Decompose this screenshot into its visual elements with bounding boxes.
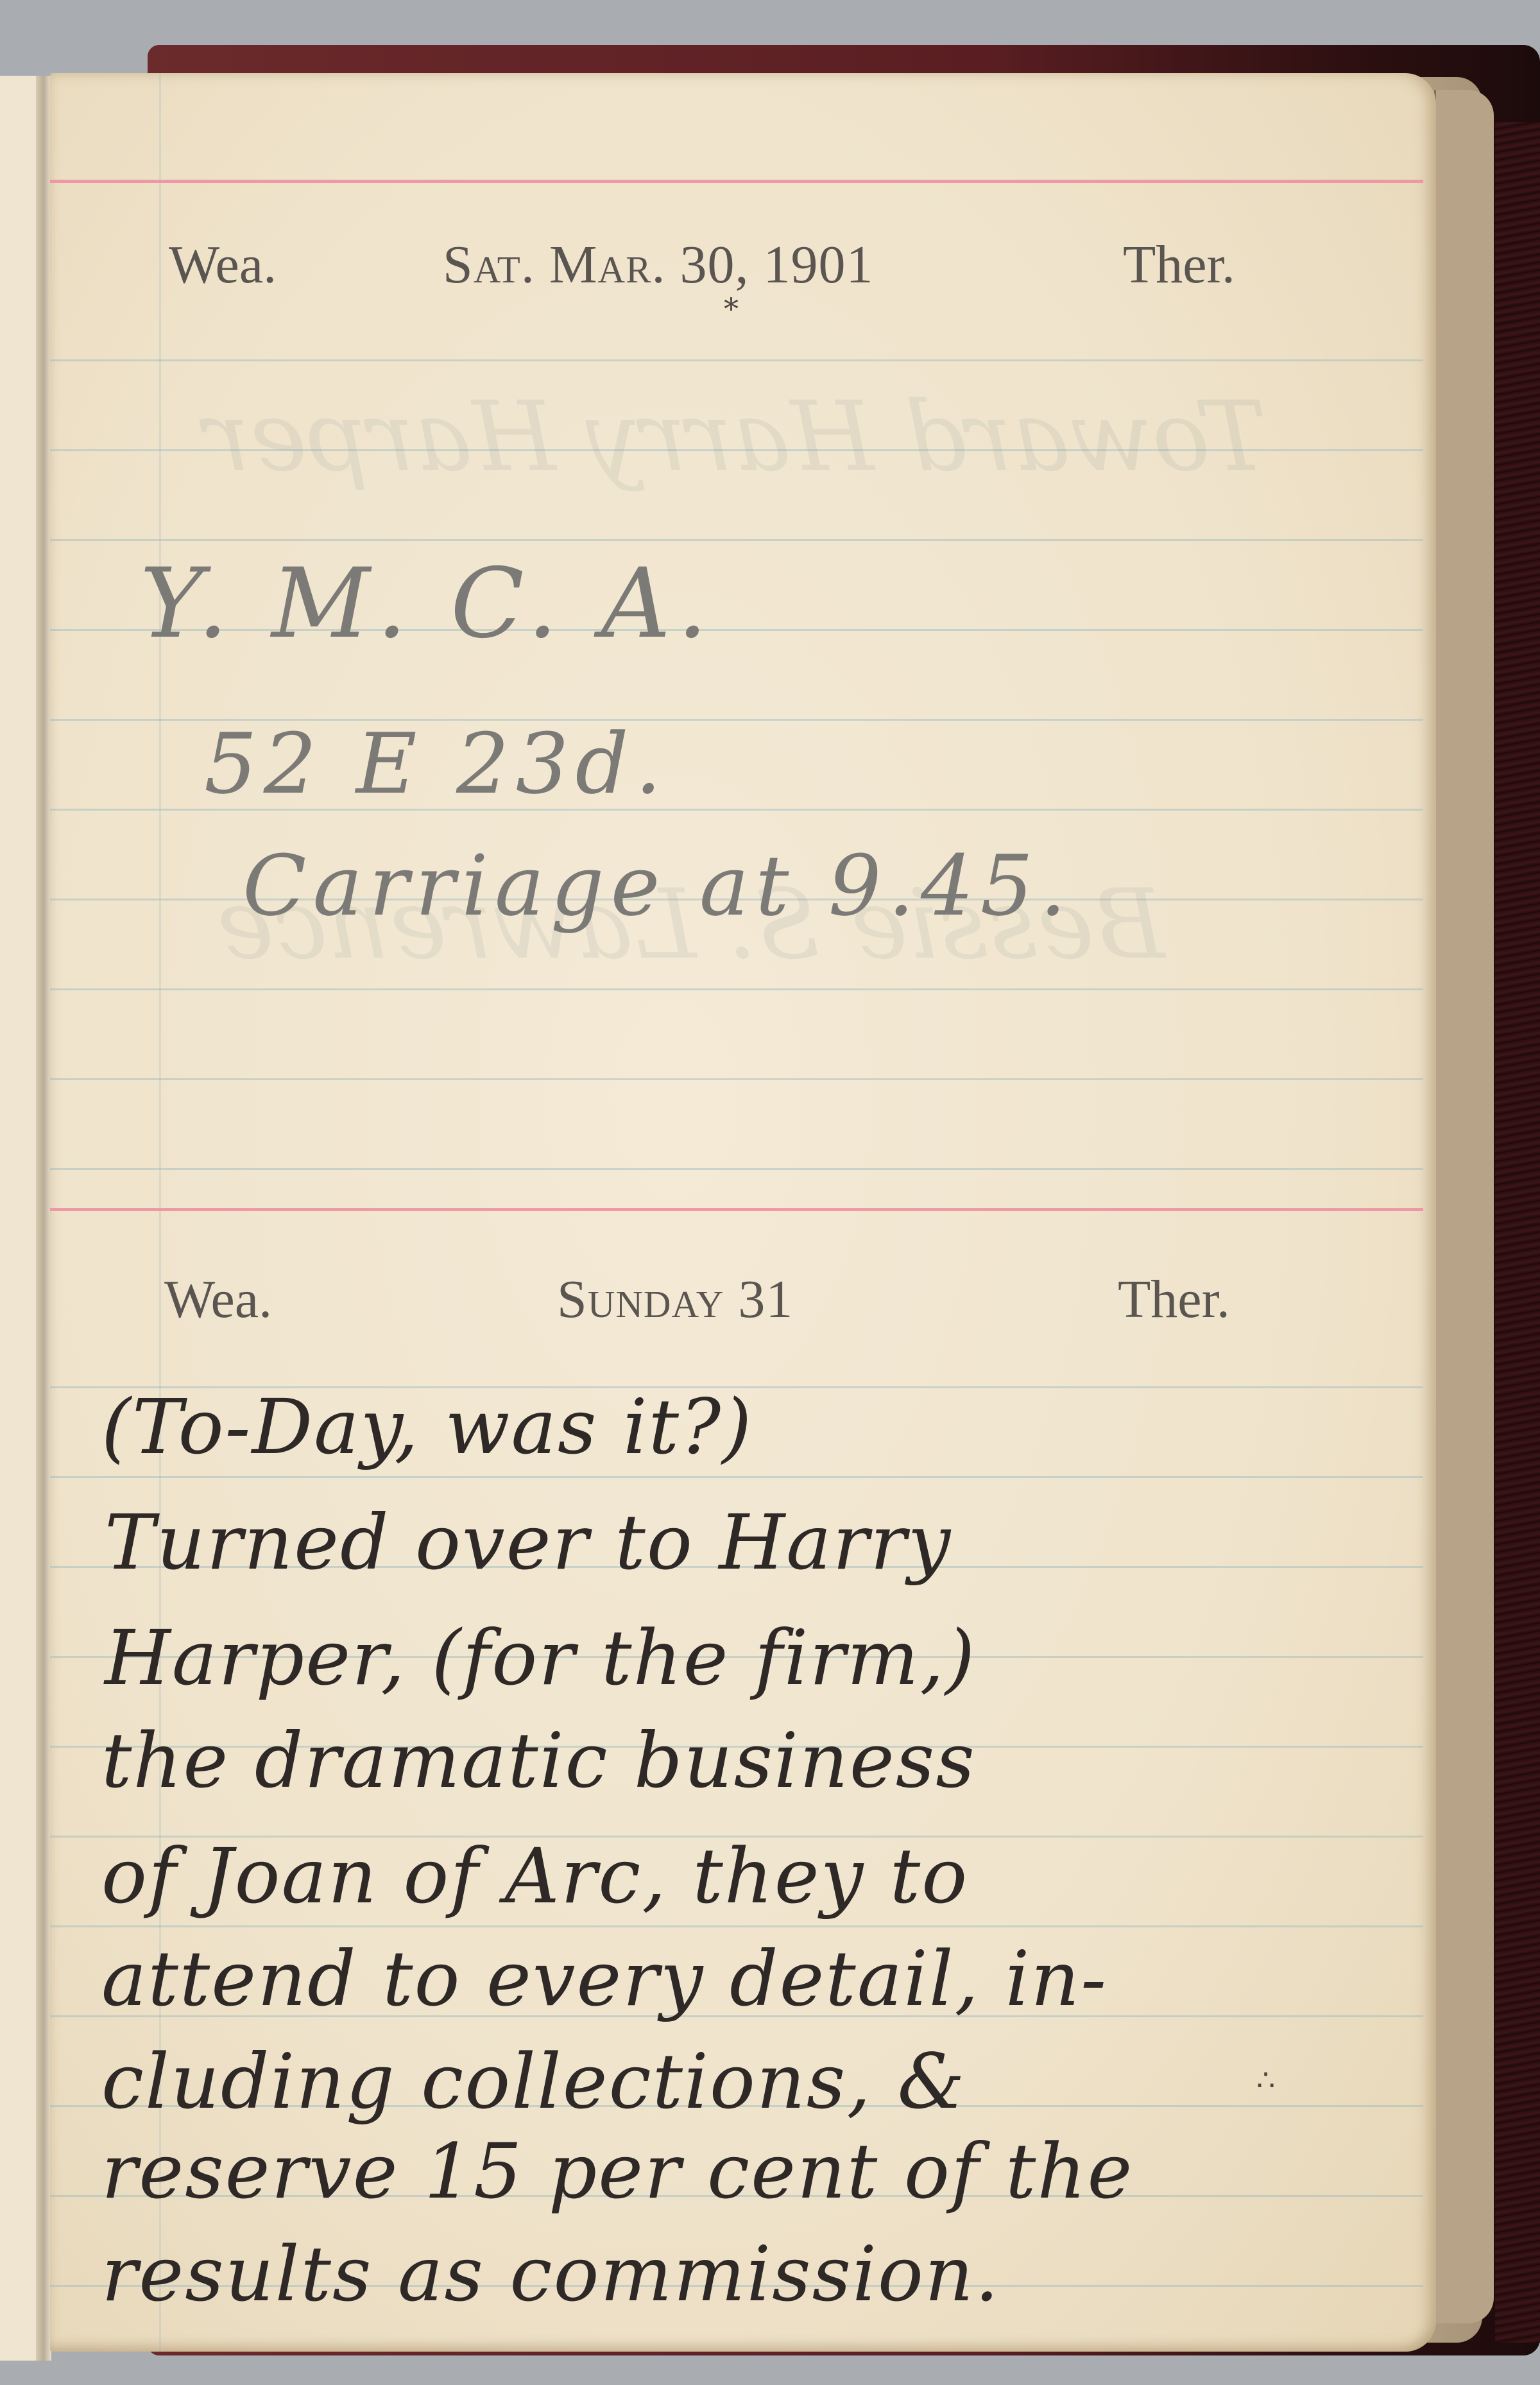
ink-line: the dramatic business [101, 1716, 976, 1805]
ink-line: Harper, (for the firm,) [105, 1614, 976, 1702]
weather-label: Wea. [169, 234, 277, 296]
ink-line: Turned over to Harry [105, 1498, 952, 1587]
pencil-line: Carriage at 9.45. [243, 837, 1073, 934]
ink-line: results as commission. [101, 2230, 1000, 2318]
ink-line: reserve 15 per cent of the [101, 2127, 1133, 2216]
blue-rule [50, 1925, 1423, 1927]
facing-page-edge [0, 76, 38, 2361]
pencil-line: Y. M. C. A. [140, 548, 714, 660]
weather-label: Wea. [164, 1268, 272, 1330]
date-label: Sat. Mar. 30, 1901 [443, 234, 873, 296]
blue-rule [50, 1078, 1423, 1080]
red-rule-middle [50, 1208, 1423, 1211]
cover-edge [1495, 122, 1540, 2343]
date-label: Sunday 31 [557, 1268, 793, 1330]
ink-line: of Joan of Arc, they to [101, 1832, 968, 1920]
binding-gutter [36, 76, 51, 2361]
red-rule-top [50, 180, 1423, 183]
ink-line: attend to every detail, in- [101, 1934, 1108, 2023]
diary-page: Toward Harry Harper Bessie S. Lawrence W… [50, 73, 1436, 2352]
ink-line: (To-Day, was it?) [101, 1382, 753, 1471]
blue-rule [50, 1168, 1423, 1170]
blue-rule [50, 1476, 1423, 1478]
entry-header-sunday: Wea. Sunday 31 Ther. [50, 1268, 1436, 1332]
show-through-text: Toward Harry Harper [204, 381, 1267, 493]
entry-header-saturday: Wea. Sat. Mar. 30, 1901 Ther. [50, 234, 1436, 298]
thermometer-label: Ther. [1123, 234, 1235, 296]
thermometer-label: Ther. [1118, 1268, 1230, 1330]
marginal-mark: ∴ [1256, 2063, 1275, 2097]
blue-rule [50, 539, 1423, 541]
blue-rule [50, 359, 1423, 361]
marginal-mark: * [724, 291, 739, 326]
ink-line: cluding collections, & [101, 2037, 966, 2126]
blue-rule [50, 988, 1423, 990]
pencil-line: 52 E 23d. [204, 715, 668, 813]
page-block-edge-inner [1434, 90, 1494, 2323]
